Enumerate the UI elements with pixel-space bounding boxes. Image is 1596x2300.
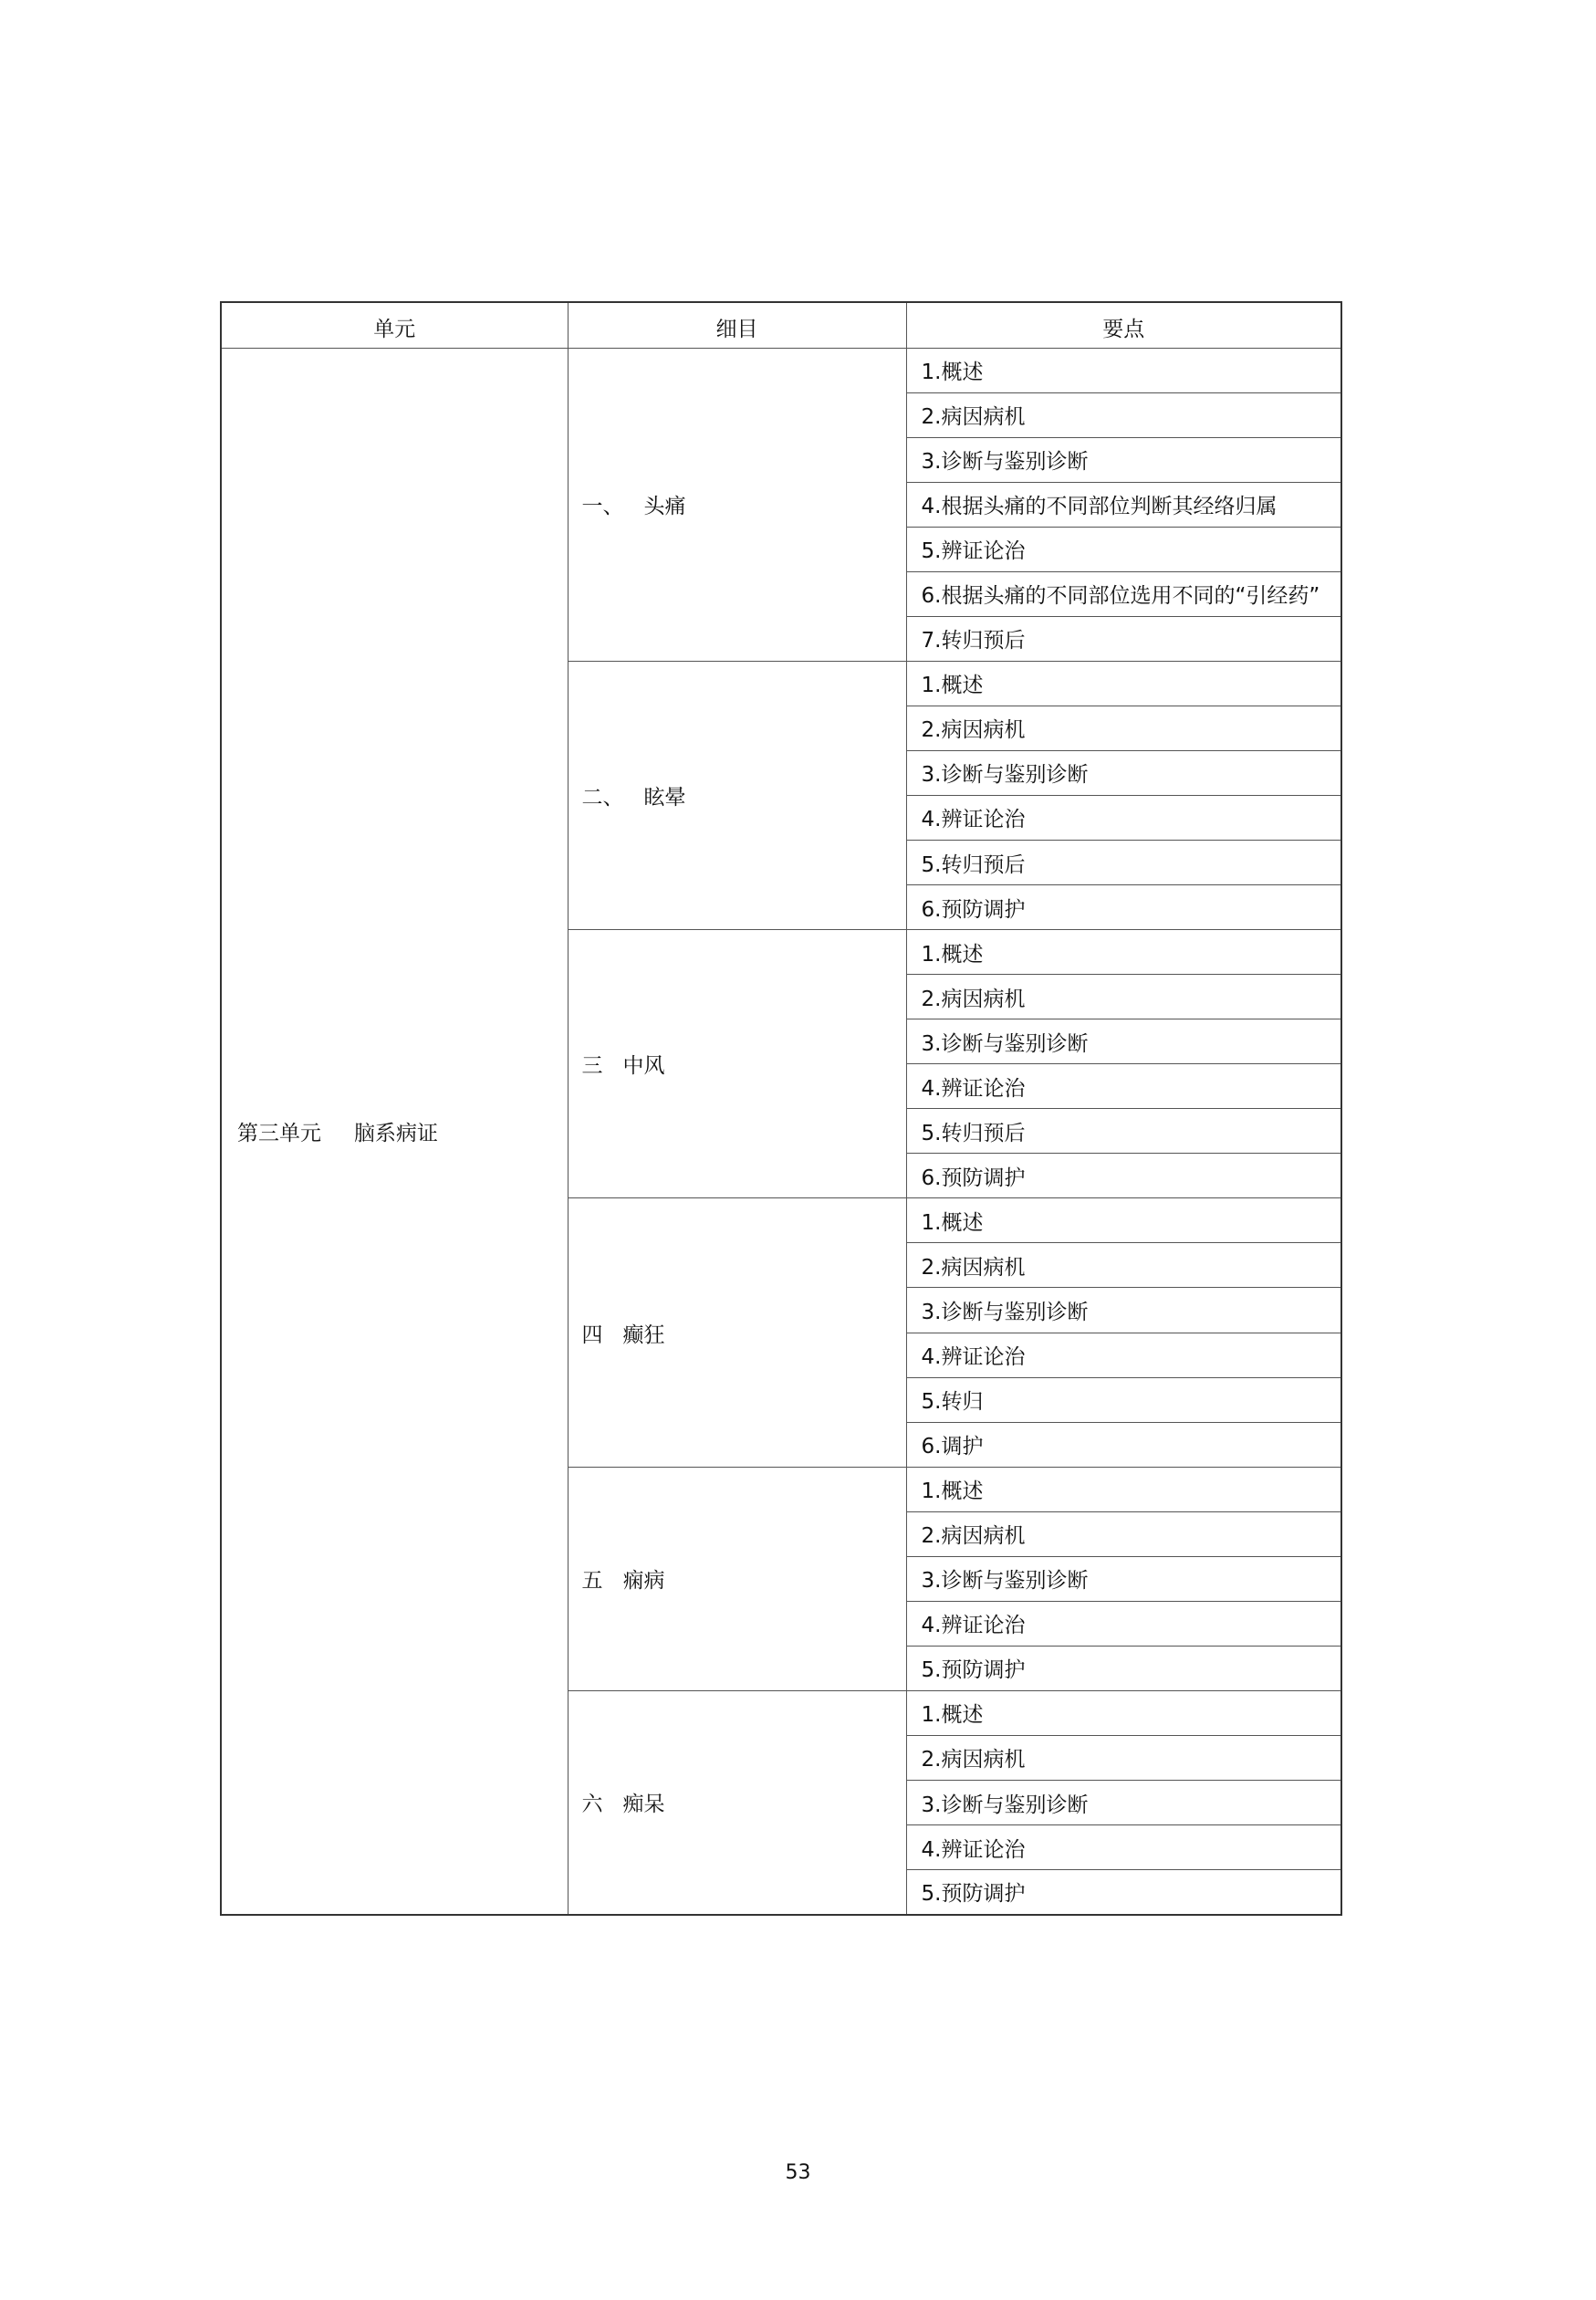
table-header-row: 单元 细目 要点 — [221, 302, 1341, 348]
point-cell: 4.根据头痛的不同部位判断其经络归属 — [906, 482, 1341, 527]
point-cell: 6.根据头痛的不同部位选用不同的“引经药” — [906, 571, 1341, 616]
unit-cell: 第三单元脑系病证 — [221, 348, 568, 1915]
topic-name: 癫狂 — [623, 1323, 665, 1347]
point-cell: 2.病因病机 — [906, 392, 1341, 437]
point-cell: 2.病因病机 — [906, 1243, 1341, 1288]
point-cell: 1.概述 — [906, 930, 1341, 975]
point-cell: 5.预防调护 — [906, 1870, 1341, 1915]
point-cell: 2.病因病机 — [906, 1735, 1341, 1780]
topic-cell: 四癫狂 — [568, 1198, 906, 1467]
point-cell: 7.转归预后 — [906, 616, 1341, 661]
topic-index: 一、 — [582, 495, 624, 518]
document-page: 单元 细目 要点 第三单元脑系病证 一、头痛 1.概述 2.病因病机 3.诊断与… — [0, 0, 1596, 2300]
point-cell: 5.转归预后 — [906, 1109, 1341, 1154]
point-cell: 6.调护 — [906, 1422, 1341, 1467]
point-cell: 1.概述 — [906, 1690, 1341, 1735]
point-cell: 3.诊断与鉴别诊断 — [906, 750, 1341, 795]
topic-index: 六 — [582, 1793, 603, 1816]
topic-cell: 二、眩晕 — [568, 661, 906, 929]
point-cell: 4.辨证论治 — [906, 1601, 1341, 1646]
unit-name: 脑系病证 — [354, 1122, 438, 1145]
topic-index: 三 — [582, 1054, 603, 1078]
point-cell: 3.诊断与鉴别诊断 — [906, 1556, 1341, 1601]
syllabus-table: 单元 细目 要点 第三单元脑系病证 一、头痛 1.概述 2.病因病机 3.诊断与… — [220, 301, 1342, 1916]
topic-cell: 五痫病 — [568, 1467, 906, 1690]
unit-number: 第三单元 — [237, 1122, 321, 1145]
table-row: 第三单元脑系病证 一、头痛 1.概述 — [221, 348, 1341, 392]
header-topic: 细目 — [568, 302, 906, 348]
point-cell: 5.辨证论治 — [906, 527, 1341, 571]
topic-index: 二、 — [582, 786, 624, 810]
point-cell: 2.病因病机 — [906, 706, 1341, 750]
point-cell: 1.概述 — [906, 1198, 1341, 1243]
point-cell: 3.诊断与鉴别诊断 — [906, 1019, 1341, 1064]
point-cell: 5.预防调护 — [906, 1646, 1341, 1690]
topic-name: 头痛 — [644, 495, 686, 518]
topic-cell: 一、头痛 — [568, 348, 906, 661]
topic-name: 眩晕 — [644, 786, 686, 810]
header-unit: 单元 — [221, 302, 568, 348]
topic-cell: 三中风 — [568, 930, 906, 1198]
point-cell: 3.诊断与鉴别诊断 — [906, 1288, 1341, 1333]
point-cell: 6.预防调护 — [906, 1154, 1341, 1198]
topic-cell: 六痴呆 — [568, 1690, 906, 1914]
header-points: 要点 — [906, 302, 1341, 348]
point-cell: 6.预防调护 — [906, 885, 1341, 930]
topic-index: 五 — [582, 1569, 603, 1593]
point-cell: 4.辨证论治 — [906, 795, 1341, 840]
topic-name: 中风 — [623, 1054, 665, 1078]
point-cell: 2.病因病机 — [906, 1511, 1341, 1556]
point-cell: 4.辨证论治 — [906, 1064, 1341, 1109]
point-cell: 1.概述 — [906, 1467, 1341, 1511]
point-cell: 1.概述 — [906, 348, 1341, 392]
topic-name: 痴呆 — [623, 1793, 665, 1816]
topic-index: 四 — [582, 1323, 603, 1347]
point-cell: 4.辨证论治 — [906, 1333, 1341, 1377]
point-cell: 5.转归预后 — [906, 841, 1341, 885]
point-cell: 3.诊断与鉴别诊断 — [906, 437, 1341, 482]
topic-name: 痫病 — [623, 1569, 665, 1593]
point-cell: 5.转归 — [906, 1377, 1341, 1422]
point-cell: 2.病因病机 — [906, 975, 1341, 1019]
point-cell: 4.辨证论治 — [906, 1825, 1341, 1870]
point-cell: 1.概述 — [906, 661, 1341, 706]
page-number: 53 — [0, 2161, 1596, 2184]
point-cell: 3.诊断与鉴别诊断 — [906, 1781, 1341, 1825]
